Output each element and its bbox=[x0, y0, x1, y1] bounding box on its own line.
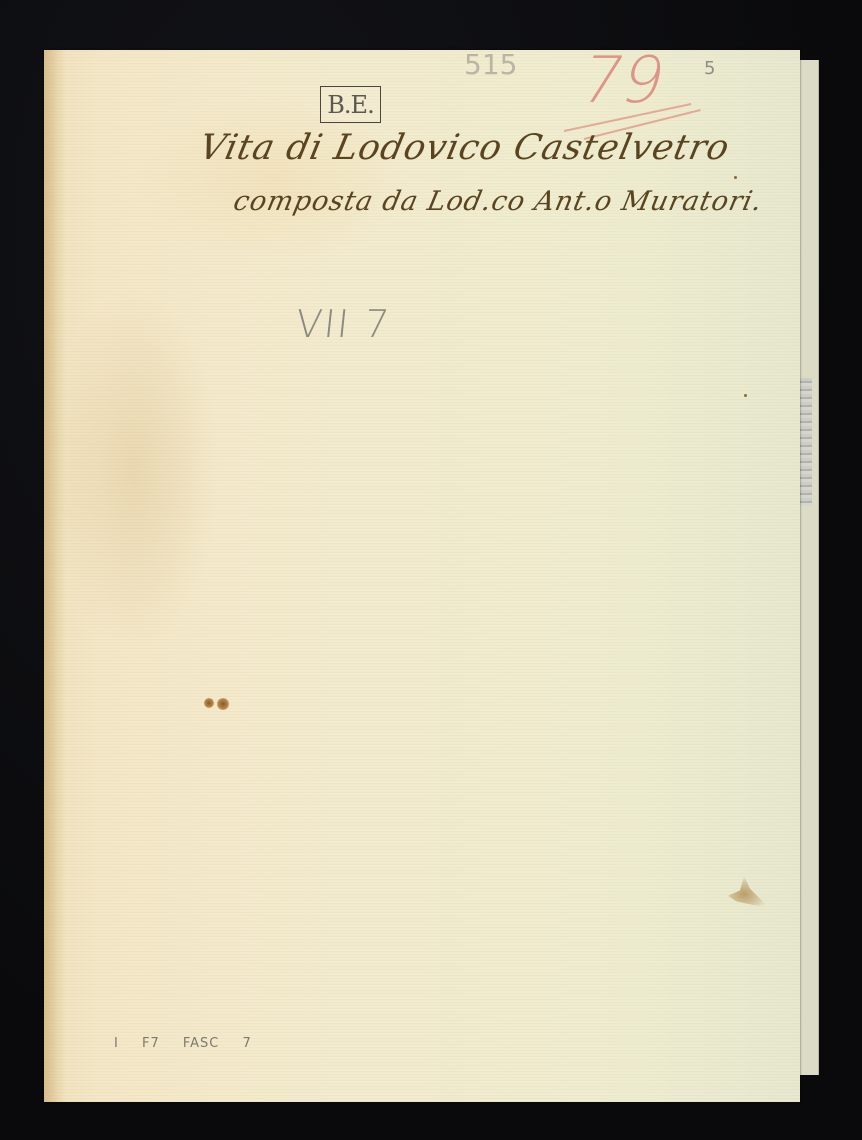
foxing-spot bbox=[217, 698, 229, 710]
manuscript-page: 515 79 5 B.E. Vita di Lodovico Castelvet… bbox=[44, 50, 800, 1102]
ink-dot bbox=[734, 176, 737, 179]
library-stamp: B.E. bbox=[320, 86, 381, 123]
stamp-text: B.E. bbox=[327, 91, 373, 119]
archive-footer-note: I F7 FASC 7 bbox=[114, 1036, 252, 1051]
title-line-1: Vita di Lodovico Castelvetro bbox=[196, 128, 734, 168]
shelf-mark: VII 7 bbox=[294, 302, 393, 346]
ink-dot bbox=[744, 394, 747, 397]
folio-mark: 5 bbox=[704, 58, 715, 79]
red-folio-number: 79 bbox=[573, 44, 673, 118]
foxing-spot bbox=[204, 698, 214, 708]
title-line-2: composta da Lod.co Ant.o Muratori. bbox=[231, 186, 766, 217]
old-number-pencil: 515 bbox=[464, 48, 517, 81]
ink-stain bbox=[728, 876, 768, 912]
tissue-repair-strip bbox=[800, 378, 812, 506]
